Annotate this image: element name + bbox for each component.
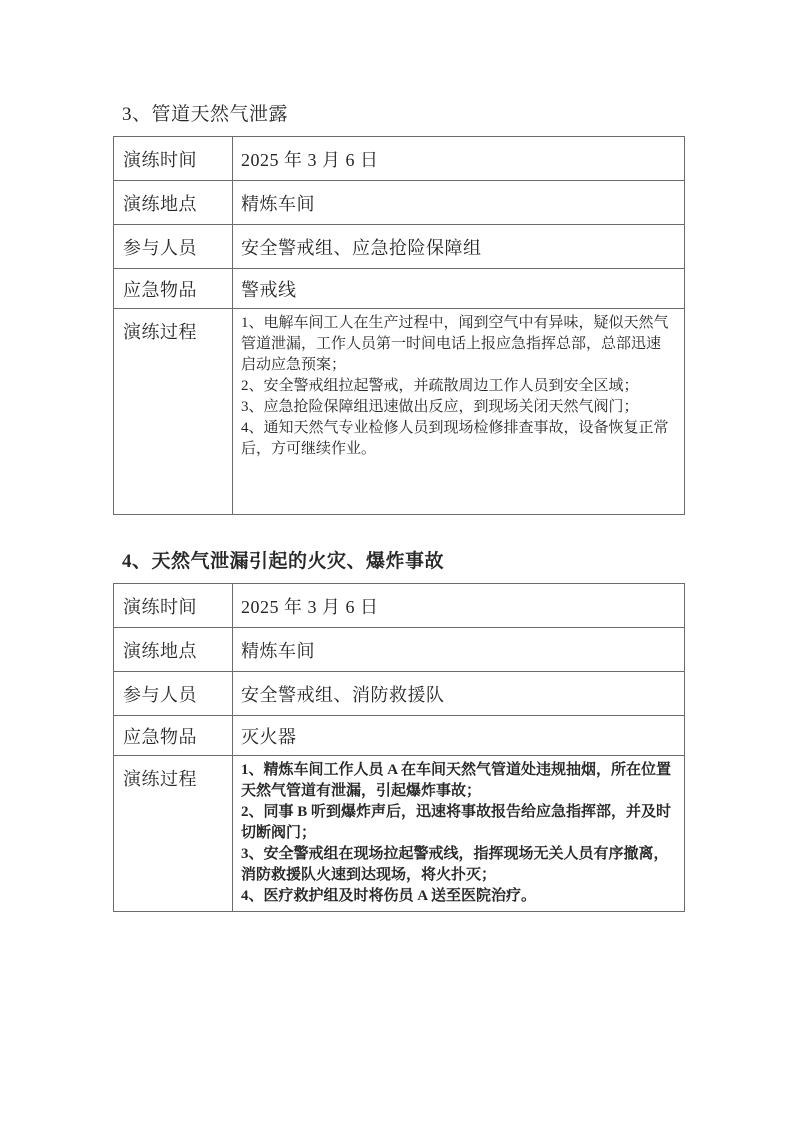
table-row-time: 演练时间 2025 年 3 月 6 日 — [114, 137, 685, 181]
row-label: 演练时间 — [114, 137, 233, 181]
row-label: 应急物品 — [114, 716, 233, 756]
row-label: 演练地点 — [114, 628, 233, 672]
table-row-time: 演练时间 2025 年 3 月 6 日 — [114, 584, 685, 628]
process-step-2: 2、安全警戒组拉起警戒，并疏散周边工作人员到安全区域； — [241, 376, 674, 397]
drill-section-4: 4、天然气泄漏引起的火灾、爆炸事故 演练时间 2025 年 3 月 6 日 演练… — [113, 549, 685, 912]
row-value: 警戒线 — [233, 269, 685, 309]
section-4-title: 4、天然气泄漏引起的火灾、爆炸事故 — [122, 549, 685, 574]
table-row-participants: 参与人员 安全警戒组、应急抢险保障组 — [114, 225, 685, 269]
drill-section-3: 3、管道天然气泄露 演练时间 2025 年 3 月 6 日 演练地点 精炼车间 … — [113, 102, 685, 515]
process-step-1: 1、精炼车间工作人员 A 在车间天然气管道处违规抽烟，所在位置天然气管道有泄漏，… — [241, 760, 674, 802]
process-step-3: 3、应急抢险保障组迅速做出反应，到现场关闭天然气阀门； — [241, 397, 674, 418]
process-step-4: 4、通知天然气专业检修人员到现场检修排查事故，设备恢复正常后，方可继续作业。 — [241, 418, 674, 460]
row-value: 安全警戒组、消防救援队 — [233, 672, 685, 716]
process-text: 1、电解车间工人在生产过程中，闻到空气中有异味，疑似天然气管道泄漏，工作人员第一… — [233, 309, 685, 515]
row-label: 演练过程 — [114, 756, 233, 912]
row-value: 安全警戒组、应急抢险保障组 — [233, 225, 685, 269]
process-step-2: 2、同事 B 听到爆炸声后，迅速将事故报告给应急指挥部，并及时切断阀门； — [241, 802, 674, 844]
drill-table-4: 演练时间 2025 年 3 月 6 日 演练地点 精炼车间 参与人员 安全警戒组… — [113, 583, 685, 912]
table-row-supplies: 应急物品 警戒线 — [114, 269, 685, 309]
row-label: 演练时间 — [114, 584, 233, 628]
table-row-process: 演练过程 1、精炼车间工作人员 A 在车间天然气管道处违规抽烟，所在位置天然气管… — [114, 756, 685, 912]
row-label: 参与人员 — [114, 225, 233, 269]
table-row-participants: 参与人员 安全警戒组、消防救援队 — [114, 672, 685, 716]
process-text: 1、精炼车间工作人员 A 在车间天然气管道处违规抽烟，所在位置天然气管道有泄漏，… — [233, 756, 685, 912]
table-row-location: 演练地点 精炼车间 — [114, 628, 685, 672]
document-page: 3、管道天然气泄露 演练时间 2025 年 3 月 6 日 演练地点 精炼车间 … — [113, 0, 685, 912]
process-step-4: 4、医疗救护组及时将伤员 A 送至医院治疗。 — [241, 886, 674, 907]
row-value: 精炼车间 — [233, 628, 685, 672]
section-3-title: 3、管道天然气泄露 — [122, 102, 685, 127]
row-label: 演练地点 — [114, 181, 233, 225]
table-row-supplies: 应急物品 灭火器 — [114, 716, 685, 756]
drill-table-3: 演练时间 2025 年 3 月 6 日 演练地点 精炼车间 参与人员 安全警戒组… — [113, 136, 685, 515]
row-label: 演练过程 — [114, 309, 233, 515]
table-row-process: 演练过程 1、电解车间工人在生产过程中，闻到空气中有异味，疑似天然气管道泄漏，工… — [114, 309, 685, 515]
row-value: 灭火器 — [233, 716, 685, 756]
row-value: 精炼车间 — [233, 181, 685, 225]
process-step-1: 1、电解车间工人在生产过程中，闻到空气中有异味，疑似天然气管道泄漏，工作人员第一… — [241, 313, 674, 376]
row-value: 2025 年 3 月 6 日 — [233, 137, 685, 181]
table-row-location: 演练地点 精炼车间 — [114, 181, 685, 225]
row-label: 应急物品 — [114, 269, 233, 309]
row-label: 参与人员 — [114, 672, 233, 716]
process-step-3: 3、安全警戒组在现场拉起警戒线，指挥现场无关人员有序撤离，消防救援队火速到达现场… — [241, 844, 674, 886]
row-value: 2025 年 3 月 6 日 — [233, 584, 685, 628]
